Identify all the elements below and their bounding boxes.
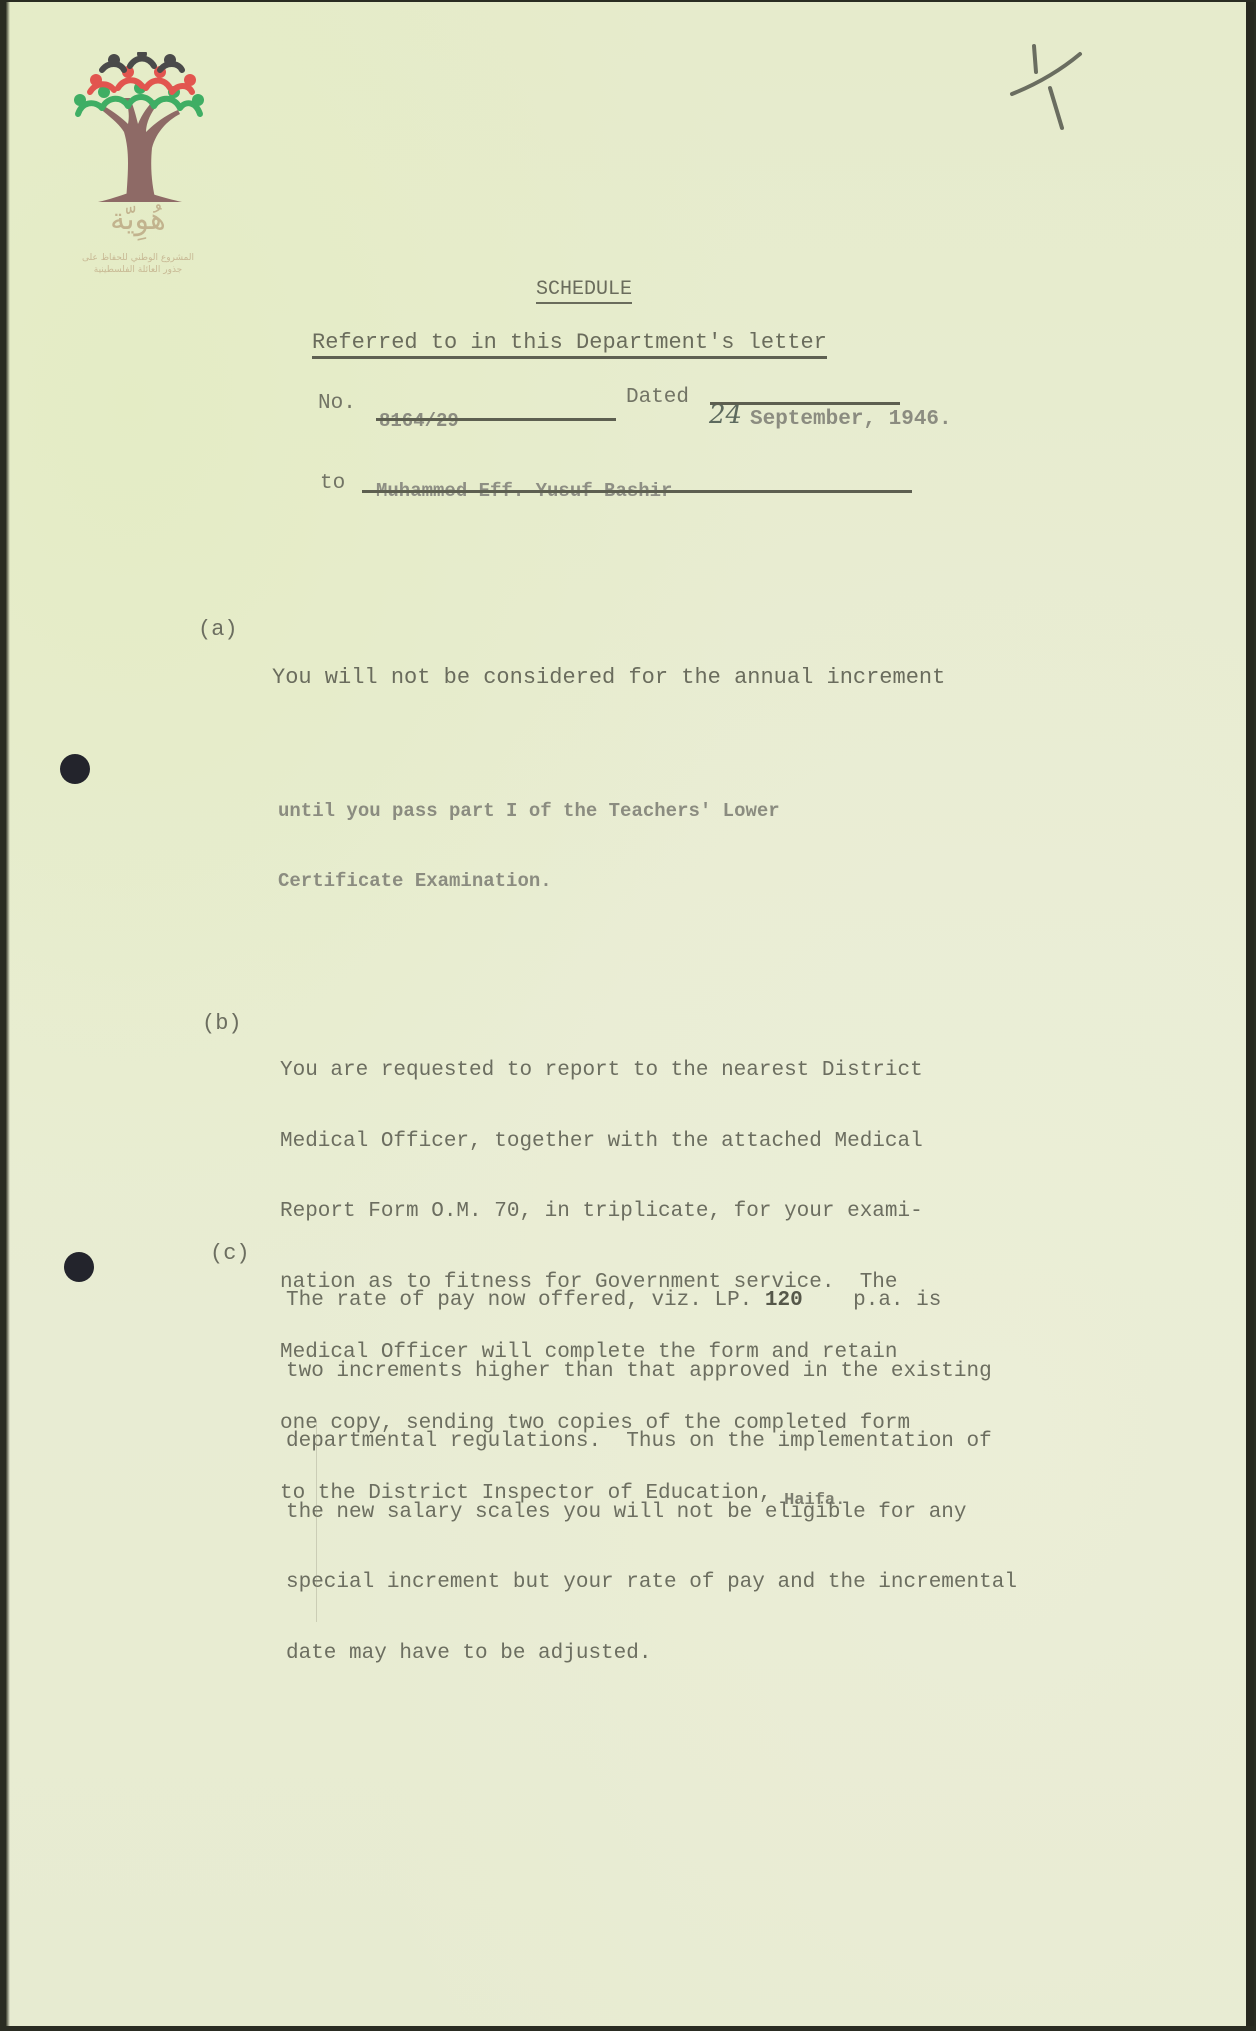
handwritten-page-mark-icon [1006, 42, 1086, 132]
reference-number: 8164/29 [379, 410, 459, 432]
section-c-line: departmental regulations. Thus on the im… [286, 1430, 1017, 1454]
section-b-line: Medical Officer, together with the attac… [280, 1130, 923, 1154]
section-c-marker: (c) [210, 1242, 250, 1266]
section-c-line: date may have to be adjusted. [286, 1642, 1017, 1666]
section-a-marker: (a) [198, 618, 238, 642]
date-month-year: September, 1946. [750, 408, 952, 431]
section-c-line1: The rate of pay now offered, viz. LP. 12… [286, 1289, 1017, 1313]
punch-hole-icon [60, 754, 90, 784]
section-b-line: Report Form O.M. 70, in triplicate, for … [280, 1200, 923, 1224]
section-c-line1-post: p.a. is [803, 1289, 942, 1312]
logo-subtitle-line2: جذور العائلة الفلسطينية [56, 264, 220, 276]
document-page: هُوِيّة المشروع الوطني للحفاظ على جذور ا… [6, 2, 1248, 2026]
section-c-line: two increments higher than that approved… [286, 1360, 1017, 1384]
date-fill-line [710, 402, 900, 405]
punch-hole-icon [64, 1252, 94, 1282]
dated-label: Dated [626, 386, 689, 409]
section-a-typed-line2: Certificate Examination. [278, 870, 945, 892]
page-edge-shadow [1246, 2, 1254, 2026]
no-fill-line [376, 418, 616, 421]
section-c-line1-pre: The rate of pay now offered, viz. LP. [286, 1289, 765, 1312]
schedule-title: SCHEDULE [536, 278, 632, 304]
section-a-body: You will not be considered for the annua… [272, 618, 945, 940]
section-c-line: special increment but your rate of pay a… [286, 1571, 1017, 1595]
pay-amount: 120 [765, 1289, 803, 1312]
referred-heading: Referred to in this Department's letter [312, 330, 827, 359]
section-c: (c) The rate of pay now offered, viz. LP… [210, 1242, 263, 1338]
to-label: to [320, 472, 345, 495]
logo-title: هُوِيّة [68, 202, 208, 237]
section-b-line: You are requested to report to the neare… [280, 1059, 923, 1083]
hawiya-logo: هُوِيّة المشروع الوطني للحفاظ على جذور ا… [68, 52, 208, 282]
section-b-marker: (b) [202, 1012, 242, 1036]
section-b: (b) You are requested to report to the n… [202, 1012, 255, 1108]
no-label: No. [318, 392, 356, 415]
logo-subtitle: المشروع الوطني للحفاظ على جذور العائلة ا… [56, 252, 220, 276]
family-tree-icon [68, 52, 208, 202]
logo-subtitle-line1: المشروع الوطني للحفاظ على [56, 252, 220, 264]
fold-mark [316, 1422, 317, 1622]
section-a-line1: You will not be considered for the annua… [272, 666, 945, 690]
section-a: (a) You will not be considered for the a… [198, 618, 251, 714]
section-c-line: the new salary scales you will not be el… [286, 1501, 1017, 1525]
section-a-typed-line1: until you pass part I of the Teachers' L… [278, 800, 945, 822]
recipient-fill-line [362, 490, 912, 493]
no-label-text: No. [318, 392, 356, 415]
section-c-body: The rate of pay now offered, viz. LP. 12… [286, 1242, 1017, 1712]
